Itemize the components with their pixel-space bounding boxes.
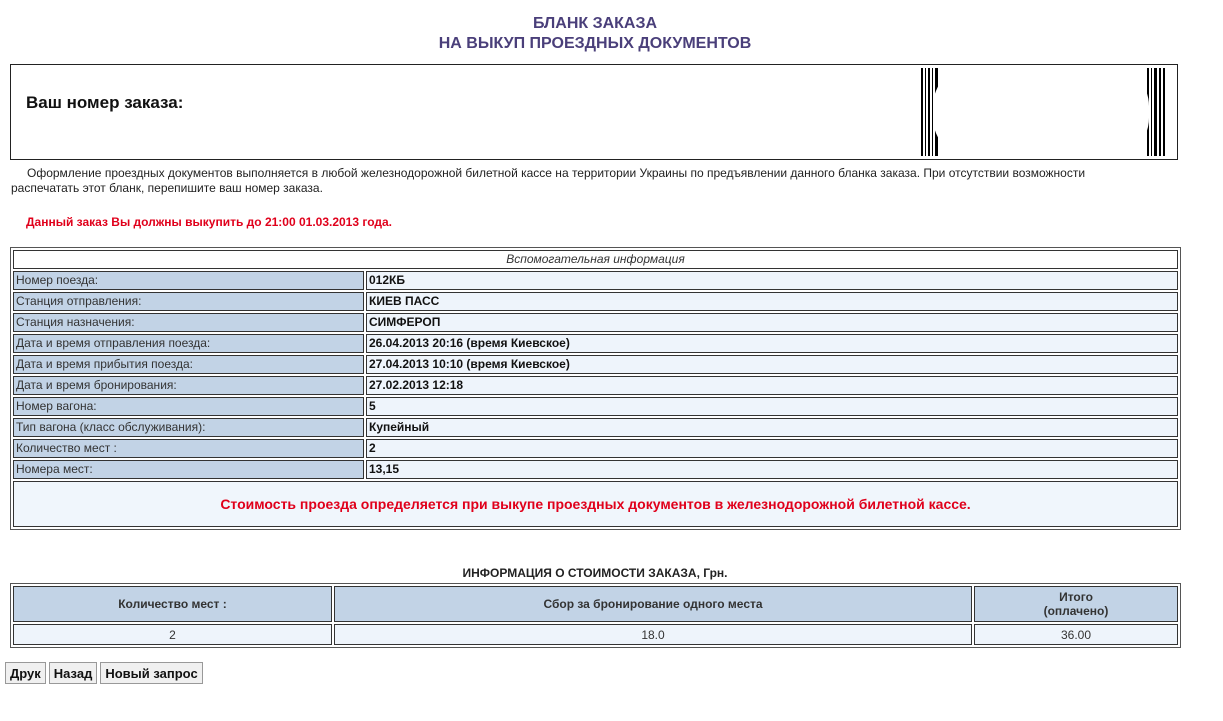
barcode-icon (921, 68, 1171, 156)
title-line-2: НА ВЫКУП ПРОЕЗДНЫХ ДОКУМЕНТОВ (0, 34, 1190, 54)
cost-note: Стоимость проезда определяется при выкуп… (13, 481, 1178, 527)
cost-seats: 2 (13, 624, 332, 645)
table-row: 2 18.0 36.00 (13, 624, 1178, 645)
table-row: Дата и время отправления поезда:26.04.20… (13, 334, 1178, 353)
cost-fee: 18.0 (334, 624, 972, 645)
table-row: Номер вагона:5 (13, 397, 1178, 416)
details-table: Вспомогательная информация Номер поезда:… (10, 247, 1181, 530)
table-row: Станция отправления:КИЕВ ПАСС (13, 292, 1178, 311)
table-row: Дата и время прибытия поезда:27.04.2013 … (13, 355, 1178, 374)
table-row: Количество мест :2 (13, 439, 1178, 458)
order-number-box: Ваш номер заказа: (10, 64, 1178, 160)
cost-section-title: ИНФОРМАЦИЯ О СТОИМОСТИ ЗАКАЗА, Грн. (0, 566, 1190, 580)
table-row: Дата и время бронирования:27.02.2013 12:… (13, 376, 1178, 395)
new-request-button[interactable]: Новый запрос (100, 662, 202, 684)
cost-total: 36.00 (974, 624, 1178, 645)
cost-header-seats: Количество мест : (13, 586, 332, 622)
table-row: Станция назначения:СИМФЕРОП (13, 313, 1178, 332)
cost-header-fee: Сбор за бронирование одного места (334, 586, 972, 622)
back-button[interactable]: Назад (49, 662, 98, 684)
cost-header-total: Итого (оплачено) (974, 586, 1178, 622)
print-button[interactable]: Друк (5, 662, 46, 684)
deadline-warning: Данный заказ Вы должны выкупить до 21:00… (26, 215, 392, 229)
info-text: Оформление проездных документов выполняе… (11, 166, 1141, 196)
table-row: Номер поезда:012КБ (13, 271, 1178, 290)
details-caption: Вспомогательная информация (13, 250, 1178, 269)
table-row: Номера мест:13,15 (13, 460, 1178, 479)
cost-table: Количество мест : Сбор за бронирование о… (10, 583, 1181, 648)
order-number-label: Ваш номер заказа: (26, 93, 183, 113)
table-row: Тип вагона (класс обслуживания):Купейный (13, 418, 1178, 437)
page-title: БЛАНК ЗАКАЗА НА ВЫКУП ПРОЕЗДНЫХ ДОКУМЕНТ… (0, 14, 1190, 54)
action-buttons: Друк Назад Новый запрос (5, 662, 203, 684)
title-line-1: БЛАНК ЗАКАЗА (0, 14, 1190, 34)
